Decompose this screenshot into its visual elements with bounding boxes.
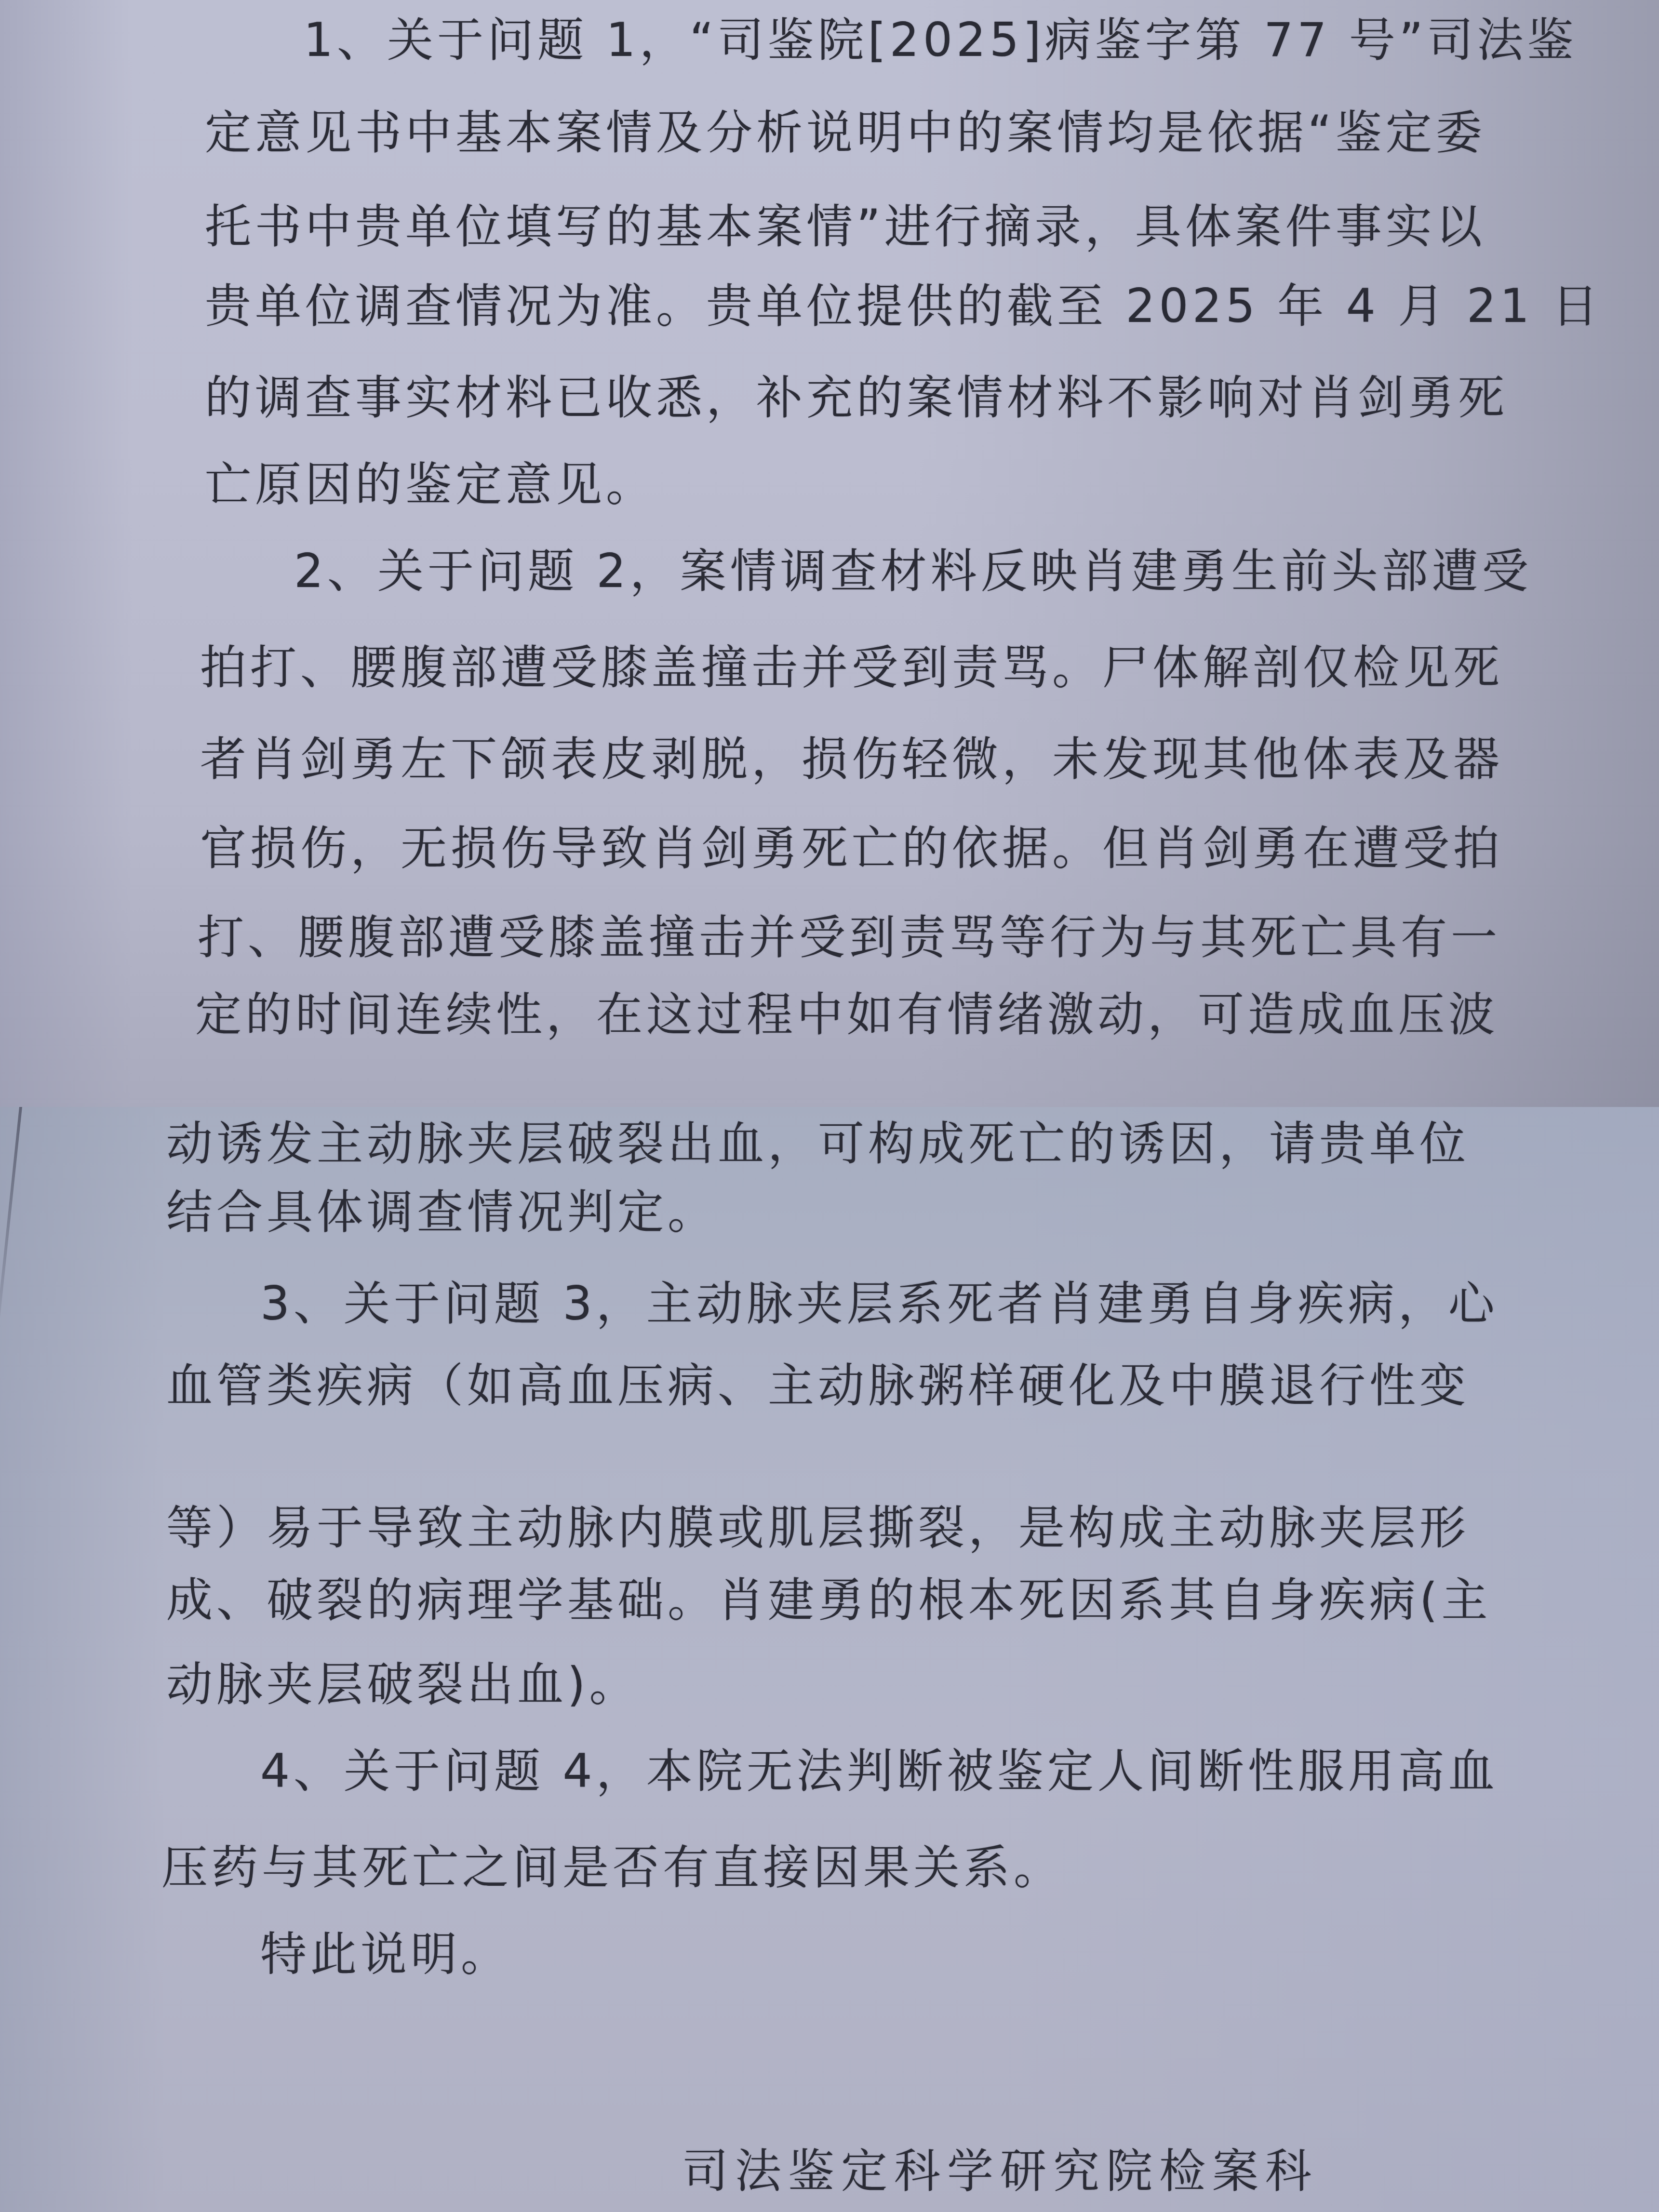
paragraph-2-line-5: 打、腰腹部遭受膝盖撞击并受到责骂等行为与其死亡具有一 [198,911,1501,964]
paragraph-2-line-4: 官损伤，无损伤导致肖剑勇死亡的依据。但肖剑勇在遭受拍 [200,822,1503,875]
paragraph-1-line-1: 1、关于问题 1，“司鉴院[2025]病鉴字第 77 号”司法鉴 [304,13,1578,67]
paragraph-2-line-3: 者肖剑勇左下颌表皮剥脱，损伤轻微，未发现其他体表及器 [200,733,1503,786]
paragraph-2-line-8: 结合具体调查情况判定。 [166,1186,718,1239]
paragraph-3-line-5: 动脉夹层破裂出血)。 [166,1658,639,1711]
paragraph-1-line-4: 贵单位调查情况为准。贵单位提供的截至 2025 年 4 月 21 日 [205,280,1602,333]
paragraph-2-line-6: 定的时间连续性，在这过程中如有情绪激动，可造成血压波 [195,988,1498,1041]
paragraph-1-line-3: 托书中贵单位填写的基本案情”进行摘录，具体案件事实以 [205,200,1486,253]
paragraph-3-line-4: 成、破裂的病理学基础。肖建勇的根本死因系其自身疾病(主 [166,1573,1491,1626]
paragraph-3-line-3: 等）易于导致主动脉内膜或肌层撕裂，是构成主动脉夹层形 [166,1501,1470,1554]
paragraph-2-line-1: 2、关于问题 2，案情调查材料反映肖建勇生前头部遭受 [294,545,1532,598]
closing-statement: 特此说明。 [260,1928,511,1981]
paragraph-1-line-6: 亡原因的鉴定意见。 [205,458,656,511]
paragraph-4-line-2: 压药与其死亡之间是否有直接因果关系。 [161,1841,1064,1894]
paragraph-2-line-7: 动诱发主动脉夹层破裂出血，可构成死亡的诱因，请贵单位 [166,1117,1470,1170]
paragraph-1-line-5: 的调查事实材料已收悉，补充的案情材料不影响对肖剑勇死 [205,371,1508,424]
paragraph-1-line-2: 定意见书中基本案情及分析说明中的案情均是依据“鉴定委 [205,106,1486,159]
paragraph-4-line-1: 4、关于问题 4，本院无法判断被鉴定人间断性服用高血 [260,1745,1498,1798]
paragraph-2-line-2: 拍打、腰腹部遭受膝盖撞击并受到责骂。尸体解剖仅检见死 [200,641,1503,694]
paragraph-3-line-1: 3、关于问题 3，主动脉夹层系死者肖建勇自身疾病，心 [260,1277,1498,1330]
issuing-department-signature: 司法鉴定科学研究院检案科 [682,2145,1318,2198]
paragraph-3-line-2: 血管类疾病（如高血压病、主动脉粥样硬化及中膜退行性变 [166,1359,1470,1412]
